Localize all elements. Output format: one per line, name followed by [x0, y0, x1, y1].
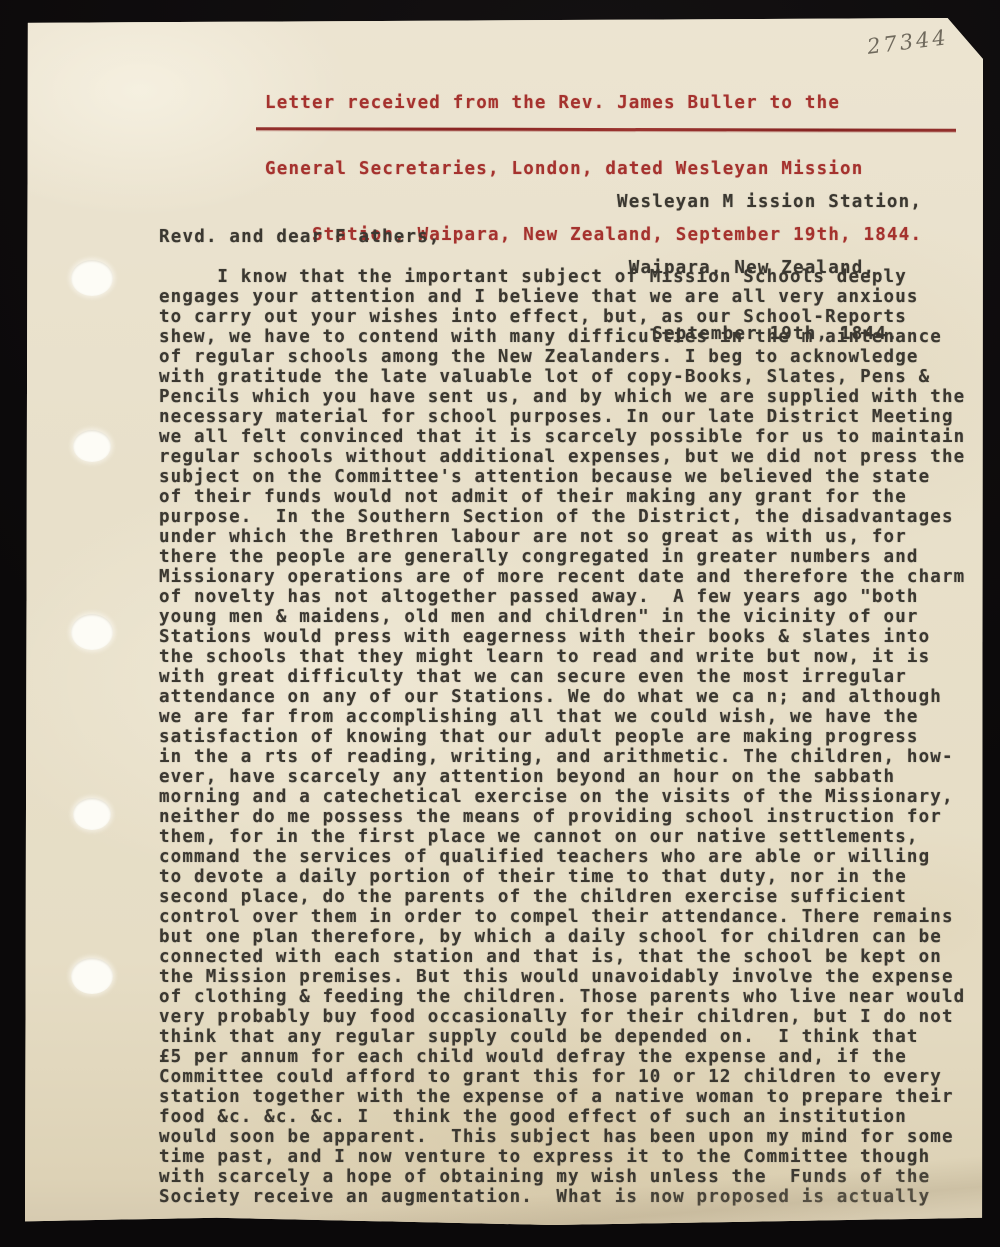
body-line: Committee could afford to grant this for… — [159, 1067, 965, 1087]
body-line: regular schools without additional expen… — [159, 447, 965, 467]
body-line: of their funds would not admit of their … — [159, 487, 965, 507]
body-line: to devote a daily portion of their time … — [159, 867, 965, 887]
body-line: would soon be apparent. This subject has… — [159, 1127, 965, 1147]
body-line: £5 per annum for each child would defray… — [159, 1047, 965, 1067]
punch-hole-4 — [73, 798, 111, 830]
body-line: necessary material for school purposes. … — [159, 407, 965, 427]
body-line: subject on the Committee's attention bec… — [159, 467, 965, 487]
body-line: them, for in the first place we cannot o… — [159, 827, 965, 847]
body-line: of novelty has not altogether passed awa… — [159, 587, 965, 607]
body-line: Pencils which you have sent us, and by w… — [159, 387, 965, 407]
salutation: Revd. and dear F athers, — [159, 227, 441, 247]
body-line: with great difficulty that we can secure… — [159, 667, 965, 687]
body-line: Missionary operations are of more recent… — [159, 567, 965, 587]
punch-hole-3 — [71, 614, 113, 650]
body-line: very probably buy food occasionally for … — [159, 1007, 965, 1027]
archival-header-line: Letter received from the Rev. James Bull… — [265, 92, 922, 114]
body-line: think that any regular supply could be d… — [159, 1027, 965, 1047]
body-line: there the people are generally congregat… — [159, 547, 965, 567]
body-line: I know that the important subject of Mis… — [159, 267, 965, 287]
body-line: second place, do the parents of the chil… — [159, 887, 965, 907]
body-line: with scarcely a hope of obtaining my wis… — [159, 1167, 965, 1187]
body-line: young men & maidens, old men and childre… — [159, 607, 965, 627]
body-line: command the services of qualified teache… — [159, 847, 965, 867]
body-line: we are far from accomplishing all that w… — [159, 707, 965, 727]
body-line: the Mission premises. But this would una… — [159, 967, 965, 987]
punch-hole-5 — [71, 958, 113, 994]
scan-background: 27344 Letter received from the Rev. Jame… — [0, 0, 1000, 1247]
body-line: under which the Brethren labour are not … — [159, 527, 965, 547]
punch-hole-1 — [71, 260, 113, 296]
body-line: food &c. &c. &c. I think the good effect… — [159, 1107, 965, 1127]
body-line: morning and a catechetical exercise on t… — [159, 787, 965, 807]
body-line: Stations would press with eagerness with… — [159, 627, 965, 647]
dateline-line: Wesleyan M ission Station, — [617, 191, 922, 213]
body-line: with gratitude the late valuable lot of … — [159, 367, 965, 387]
body-line: station together with the expense of a n… — [159, 1087, 965, 1107]
body-line: purpose. In the Southern Section of the … — [159, 507, 965, 527]
body-line: we all felt convinced that it is scarcel… — [159, 427, 965, 447]
body-line: engages your attention and I believe tha… — [159, 287, 965, 307]
body-line: of regular schools among the New Zealand… — [159, 347, 965, 367]
body-line: but one plan therefore, by which a daily… — [159, 927, 965, 947]
body-line: satisfaction of knowing that our adult p… — [159, 727, 965, 747]
body-line: control over them in order to compel the… — [159, 907, 965, 927]
letter-body: I know that the important subject of Mis… — [159, 267, 965, 1207]
body-line: of clothing & feeding the children. Thos… — [159, 987, 965, 1007]
letter-page: 27344 Letter received from the Rev. Jame… — [25, 18, 983, 1225]
body-line: neither do me possess the means of provi… — [159, 807, 965, 827]
punch-hole-2 — [73, 430, 111, 462]
body-line: connected with each station and that is,… — [159, 947, 965, 967]
body-line: attendance on any of our Stations. We do… — [159, 687, 965, 707]
body-line: the schools that they might learn to rea… — [159, 647, 965, 667]
body-line: time past, and I now venture to express … — [159, 1147, 965, 1167]
body-line: shew, we have to contend with many diffi… — [159, 327, 965, 347]
body-line: Society receive an augmentation. What is… — [159, 1187, 965, 1207]
body-line: to carry out your wishes into effect, bu… — [159, 307, 965, 327]
body-line: ever, have scarcely any attention beyond… — [159, 767, 965, 787]
body-line: in the a rts of reading, writing, and ar… — [159, 747, 965, 767]
